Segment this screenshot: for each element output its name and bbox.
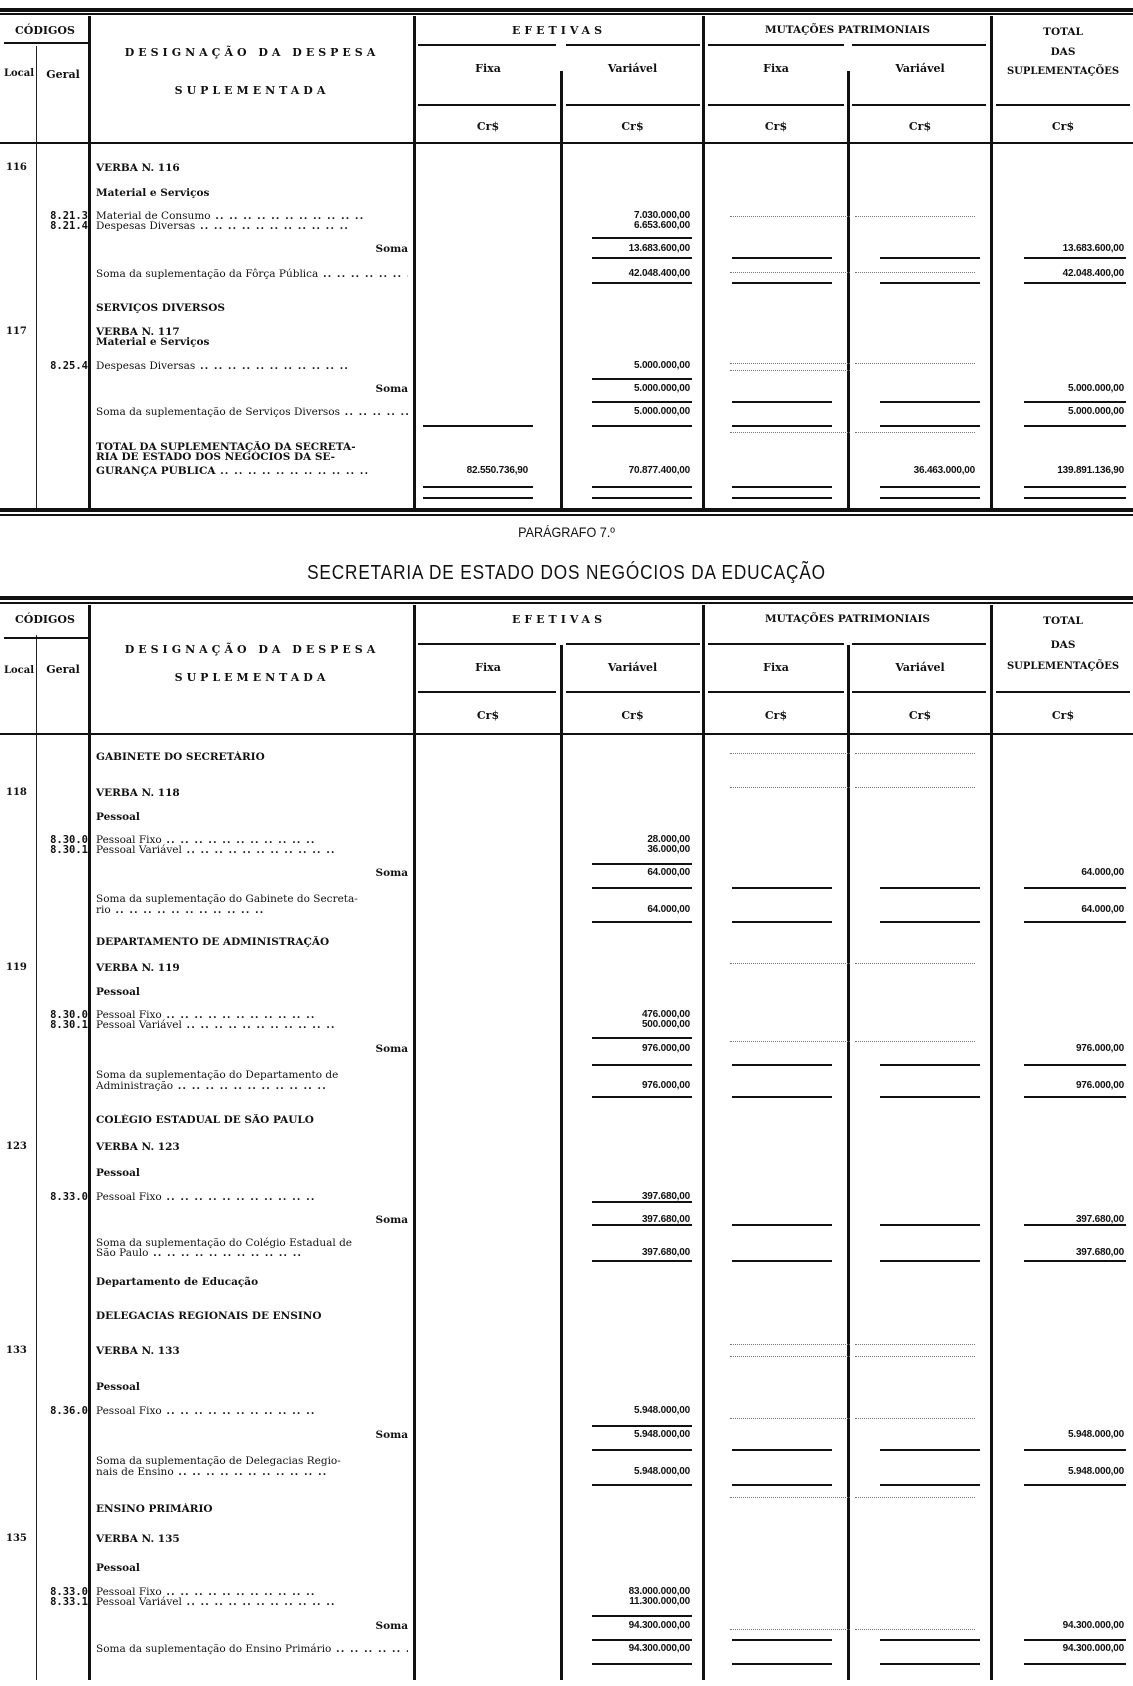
expense-description: Pessoal Variável .. .. .. .. .. .. .. ..… xyxy=(96,1019,408,1031)
header-rule xyxy=(418,44,556,46)
sum-rule xyxy=(1024,1096,1126,1098)
dotted-rule xyxy=(730,753,850,754)
header-currency: Cr$ xyxy=(993,120,1133,133)
efetivas-variavel-value: 36.000,00 xyxy=(566,844,690,856)
geral-code: 8.30.1 xyxy=(40,1019,88,1031)
header-designacao: DESIGNAÇÃO DA DESPESA xyxy=(92,643,412,656)
sum-rule xyxy=(732,1663,832,1665)
header-rule xyxy=(852,104,986,106)
table-row: Pessoal xyxy=(0,1562,1133,1574)
header-currency: Cr$ xyxy=(705,120,847,133)
sum-rule xyxy=(592,1260,692,1262)
sum-rule xyxy=(1024,1260,1126,1262)
geral-code: 8.21.4 xyxy=(40,220,88,232)
dotted-rule xyxy=(730,272,850,273)
expense-description: Soma da suplementação da Fôrça Pública .… xyxy=(96,268,408,280)
efetivas-variavel-value: 70.877.400,00 xyxy=(566,465,690,477)
sum-rule xyxy=(1024,1484,1126,1486)
table1-bottom-rule xyxy=(0,508,1133,512)
sum-rule xyxy=(880,921,980,923)
col-divider xyxy=(702,16,705,508)
col-divider xyxy=(88,16,91,508)
expense-description: SERVIÇOS DIVERSOS xyxy=(96,302,408,314)
dotted-rule xyxy=(855,963,975,964)
local-code: 118 xyxy=(6,787,36,799)
sum-rule xyxy=(1024,1663,1126,1665)
table-row: Material e Serviços xyxy=(0,336,1133,348)
sum-rule xyxy=(732,1096,832,1098)
expense-description: Pessoal xyxy=(96,1381,408,1393)
efetivas-fixa-value: 82.550.736,90 xyxy=(420,465,528,477)
leader-dots: .. .. .. .. .. .. .. .. .. .. .. xyxy=(215,465,369,477)
table-row: ENSINO PRIMÁRIO xyxy=(0,1503,1133,1515)
dotted-rule xyxy=(855,363,975,364)
table-row: DELEGACIAS REGIONAIS DE ENSINO xyxy=(0,1310,1133,1322)
header-currency: Cr$ xyxy=(416,709,560,722)
sum-rule xyxy=(732,1484,832,1486)
sum-rule xyxy=(592,486,692,488)
sum-rule xyxy=(423,497,533,499)
sum-rule xyxy=(880,497,980,499)
table1-top-rule xyxy=(0,8,1133,12)
table1-bottom-rule-thin xyxy=(0,514,1133,516)
sum-rule xyxy=(1024,1064,1126,1066)
dotted-rule xyxy=(730,432,850,433)
dotted-rule xyxy=(855,272,975,273)
header-rule xyxy=(852,643,986,645)
expense-description: Pessoal Fixo .. .. .. .. .. .. .. .. .. … xyxy=(96,1191,408,1203)
leader-dots: .. .. .. .. .. .. .. .. .. .. .. xyxy=(148,1247,302,1259)
sum-rule xyxy=(592,1201,692,1203)
header-currency: Cr$ xyxy=(993,709,1133,722)
table-row: Soma64.000,0064.000,00 xyxy=(0,867,1133,879)
paragraph-label: PARÁGRAFO 7.º xyxy=(57,524,1077,540)
dotted-rule xyxy=(855,1356,975,1357)
header-rule xyxy=(708,44,844,46)
header-mutacoes-variavel: Variável xyxy=(850,62,990,75)
expense-description: Despesas Diversas .. .. .. .. .. .. .. .… xyxy=(96,220,408,232)
table-row: Soma5.000.000,005.000.000,00 xyxy=(0,383,1133,395)
local-code: 135 xyxy=(6,1533,36,1545)
header-efetivas-fixa: Fixa xyxy=(416,661,560,674)
total-value: 5.000.000,00 xyxy=(990,383,1124,395)
dotted-rule xyxy=(730,1356,850,1357)
header-rule xyxy=(418,691,556,693)
expense-description: Departamento de Educação xyxy=(96,1276,408,1288)
sum-rule xyxy=(732,1224,832,1226)
table1-top-rule-thin xyxy=(0,13,1133,15)
total-value: 976.000,00 xyxy=(990,1043,1124,1055)
header-codigos: CÓDIGOS xyxy=(4,24,86,37)
mutacoes-variavel-value: 36.463.000,00 xyxy=(855,465,975,477)
leader-dots: .. .. .. .. .. .. .. .. .. .. .. xyxy=(182,844,336,856)
sum-rule xyxy=(880,1484,980,1486)
header-rule xyxy=(566,104,700,106)
header-mutacoes-fixa: Fixa xyxy=(705,62,847,75)
efetivas-variavel-value: 94.300.000,00 xyxy=(566,1620,690,1632)
sum-rule xyxy=(1024,257,1126,259)
leader-dots: .. .. .. .. .. .. .. .. .. .. .. xyxy=(173,1080,327,1092)
header-rule xyxy=(852,44,986,46)
table-row: Soma da suplementação do Ensino Primário… xyxy=(0,1643,1133,1655)
table-row: São Paulo .. .. .. .. .. .. .. .. .. .. … xyxy=(0,1247,1133,1259)
expense-description: Pessoal xyxy=(96,986,408,998)
efetivas-variavel-value: 64.000,00 xyxy=(566,904,690,916)
total-value: 139.891.136,90 xyxy=(990,465,1124,477)
geral-code: 8.36.0 xyxy=(40,1405,88,1417)
sum-rule xyxy=(880,1449,980,1451)
local-code: 116 xyxy=(6,162,36,174)
leader-dots: .. .. .. .. .. .. .. .. .. .. .. xyxy=(182,1019,336,1031)
sum-rule xyxy=(592,887,692,889)
expense-description: Soma xyxy=(96,243,408,255)
table-row: 116VERBA N. 116 xyxy=(0,162,1133,174)
header-currency: Cr$ xyxy=(563,120,702,133)
sum-rule xyxy=(1024,921,1126,923)
dotted-rule xyxy=(855,1629,975,1630)
sum-rule xyxy=(592,1639,692,1641)
sum-rule xyxy=(880,282,980,284)
sum-rule xyxy=(1024,425,1126,427)
sum-rule xyxy=(592,1224,692,1226)
leader-dots: .. .. .. .. .. .. .. .. .. .. .. xyxy=(340,406,408,418)
header-suplementacoes: SUPLEMENTAÇÕES xyxy=(993,66,1133,77)
table-row: 123VERBA N. 123 xyxy=(0,1141,1133,1153)
sum-rule xyxy=(592,1615,692,1617)
header-mutacoes-fixa: Fixa xyxy=(705,661,847,674)
leader-dots: .. .. .. .. .. .. .. .. .. .. .. xyxy=(111,904,265,916)
expense-description: GABINETE DO SECRETÁRIO xyxy=(96,751,408,763)
header-rule xyxy=(708,691,844,693)
expense-description: Soma xyxy=(96,1214,408,1226)
header-mutacoes: MUTAÇÕES PATRIMONIAIS xyxy=(705,613,990,625)
sum-rule xyxy=(732,486,832,488)
expense-description: Material e Serviços xyxy=(96,187,408,199)
header-rule xyxy=(4,42,88,44)
sum-rule xyxy=(592,1449,692,1451)
efetivas-variavel-value: 5.000.000,00 xyxy=(566,360,690,372)
header-rule xyxy=(4,637,88,639)
expense-description: Soma xyxy=(96,1043,408,1055)
expense-description: Soma xyxy=(96,867,408,879)
table-row: COLÉGIO ESTADUAL DE SÃO PAULO xyxy=(0,1114,1133,1126)
expense-description: Pessoal Variável .. .. .. .. .. .. .. ..… xyxy=(96,1596,408,1608)
table-row: DEPARTAMENTO DE ADMINISTRAÇÃO xyxy=(0,936,1133,948)
expense-description: DEPARTAMENTO DE ADMINISTRAÇÃO xyxy=(96,936,408,948)
sum-rule xyxy=(592,1096,692,1098)
dotted-rule xyxy=(730,363,850,364)
header-total: TOTAL xyxy=(993,615,1133,627)
leader-dots: .. .. .. .. .. .. .. .. .. .. .. xyxy=(331,1643,408,1655)
header-bottom-rule xyxy=(0,142,1133,144)
header-rule xyxy=(566,643,700,645)
sum-rule xyxy=(732,1449,832,1451)
sum-rule xyxy=(880,1224,980,1226)
expense-description: COLÉGIO ESTADUAL DE SÃO PAULO xyxy=(96,1114,408,1126)
table-row: Soma da suplementação da Fôrça Pública .… xyxy=(0,268,1133,280)
sum-rule xyxy=(732,425,832,427)
dotted-rule xyxy=(730,1041,850,1042)
sum-rule xyxy=(732,1639,832,1641)
sum-rule xyxy=(1024,1224,1126,1226)
sum-rule xyxy=(592,863,692,865)
total-value: 64.000,00 xyxy=(990,904,1124,916)
total-value: 5.948.000,00 xyxy=(990,1466,1124,1478)
geral-code: 8.25.4 xyxy=(40,360,88,372)
table-row: SERVIÇOS DIVERSOS xyxy=(0,302,1133,314)
dotted-rule xyxy=(730,963,850,964)
sum-rule xyxy=(732,1064,832,1066)
sum-rule xyxy=(880,1064,980,1066)
col-divider xyxy=(560,645,563,1680)
header-mutacoes-variavel: Variável xyxy=(850,661,990,674)
leader-dots: .. .. .. .. .. .. .. .. .. .. .. xyxy=(162,1191,316,1203)
expense-description: Pessoal Fixo .. .. .. .. .. .. .. .. .. … xyxy=(96,1405,408,1417)
table-row: Soma5.948.000,005.948.000,00 xyxy=(0,1429,1133,1441)
header-local: Local xyxy=(2,665,36,676)
expense-description: VERBA N. 118 xyxy=(96,787,408,799)
table-row: Soma13.683.600,0013.683.600,00 xyxy=(0,243,1133,255)
dotted-rule xyxy=(730,216,850,217)
header-suplementacoes: SUPLEMENTAÇÕES xyxy=(993,661,1133,672)
header-rule xyxy=(708,104,844,106)
expense-description: Despesas Diversas .. .. .. .. .. .. .. .… xyxy=(96,360,408,372)
table-row: 8.33.1Pessoal Variável .. .. .. .. .. ..… xyxy=(0,1596,1133,1608)
table-row: 118VERBA N. 118 xyxy=(0,787,1133,799)
dotted-rule xyxy=(730,1629,850,1630)
header-currency: Cr$ xyxy=(850,709,990,722)
header-rule xyxy=(418,104,556,106)
expense-description: rio .. .. .. .. .. .. .. .. .. .. .. xyxy=(96,904,408,916)
table-row: Material e Serviços xyxy=(0,187,1133,199)
efetivas-variavel-value: 64.000,00 xyxy=(566,867,690,879)
header-rule xyxy=(566,691,700,693)
expense-description: Soma xyxy=(96,1429,408,1441)
sum-rule xyxy=(592,1425,692,1427)
sum-rule xyxy=(423,486,533,488)
header-designacao: DESIGNAÇÃO DA DESPESA xyxy=(92,46,412,59)
header-local: Local xyxy=(2,68,36,79)
header-mutacoes: MUTAÇÕES PATRIMONIAIS xyxy=(705,24,990,36)
dotted-rule xyxy=(855,1041,975,1042)
expense-description: São Paulo .. .. .. .. .. .. .. .. .. .. … xyxy=(96,1247,408,1259)
sum-rule xyxy=(1024,401,1126,403)
table-seguranca-publica: CÓDIGOS Local Geral DESIGNAÇÃO DA DESPES… xyxy=(0,16,1133,508)
efetivas-variavel-value: 397.680,00 xyxy=(566,1247,690,1259)
sum-rule xyxy=(732,401,832,403)
header-efetivas-fixa: Fixa xyxy=(416,62,560,75)
table-row: 8.30.1Pessoal Variável .. .. .. .. .. ..… xyxy=(0,1019,1133,1031)
efetivas-variavel-value: 976.000,00 xyxy=(566,1043,690,1055)
sum-rule xyxy=(592,1064,692,1066)
header-rule xyxy=(418,643,556,645)
expense-description: Soma xyxy=(96,1620,408,1632)
expense-description: ENSINO PRIMÁRIO xyxy=(96,1503,408,1515)
table-row: GURANÇA PÚBLICA .. .. .. .. .. .. .. .. … xyxy=(0,465,1133,477)
sum-rule xyxy=(1024,887,1126,889)
sum-rule xyxy=(880,1663,980,1665)
table-row: Departamento de Educação xyxy=(0,1276,1133,1288)
header-codigos: CÓDIGOS xyxy=(4,613,86,626)
dotted-rule xyxy=(730,370,850,371)
table2-top-rule-thin xyxy=(0,602,1133,604)
dotted-rule xyxy=(855,787,975,788)
expense-description: VERBA N. 119 xyxy=(96,962,408,974)
table-row: Pessoal xyxy=(0,986,1133,998)
table-row: Soma976.000,00976.000,00 xyxy=(0,1043,1133,1055)
leader-dots: .. .. .. .. .. .. .. .. .. .. .. xyxy=(162,1405,316,1417)
sum-rule xyxy=(880,401,980,403)
efetivas-variavel-value: 5.000.000,00 xyxy=(566,383,690,395)
sum-rule xyxy=(732,887,832,889)
expense-description: Pessoal xyxy=(96,1562,408,1574)
efetivas-variavel-value: 500.000,00 xyxy=(566,1019,690,1031)
sum-rule xyxy=(1024,1639,1126,1641)
sum-rule xyxy=(1024,1449,1126,1451)
expense-description: Material e Serviços xyxy=(96,336,408,348)
header-rule xyxy=(566,44,700,46)
expense-description: VERBA N. 116 xyxy=(96,162,408,174)
table-row: Pessoal xyxy=(0,1167,1133,1179)
efetivas-variavel-value: 5.000.000,00 xyxy=(566,406,690,418)
sum-rule xyxy=(1024,282,1126,284)
total-value: 94.300.000,00 xyxy=(990,1620,1124,1632)
header-efetivas-variavel: Variável xyxy=(563,661,702,674)
expense-description: Administração .. .. .. .. .. .. .. .. ..… xyxy=(96,1080,408,1092)
sum-rule xyxy=(1024,497,1126,499)
sum-rule xyxy=(732,282,832,284)
sum-rule xyxy=(880,257,980,259)
sum-rule xyxy=(880,1260,980,1262)
sum-rule xyxy=(1024,486,1126,488)
dotted-rule xyxy=(855,753,975,754)
header-total-das: DAS xyxy=(993,46,1133,58)
header-suplementada: SUPLEMENTADA xyxy=(92,84,412,97)
table-row: 8.33.0Pessoal Fixo .. .. .. .. .. .. .. … xyxy=(0,1191,1133,1203)
total-value: 94.300.000,00 xyxy=(990,1643,1124,1655)
header-geral: Geral xyxy=(40,663,86,676)
sum-rule xyxy=(732,921,832,923)
total-value: 13.683.600,00 xyxy=(990,243,1124,255)
sum-rule xyxy=(592,497,692,499)
efetivas-variavel-value: 6.653.600,00 xyxy=(566,220,690,232)
col-divider xyxy=(847,645,850,1680)
header-rule xyxy=(708,643,844,645)
sum-rule xyxy=(880,1639,980,1641)
header-currency: Cr$ xyxy=(705,709,847,722)
header-bottom-rule xyxy=(0,733,1133,735)
dotted-rule xyxy=(855,216,975,217)
sum-rule xyxy=(732,257,832,259)
total-value: 64.000,00 xyxy=(990,867,1124,879)
expense-description: Pessoal Variável .. .. .. .. .. .. .. ..… xyxy=(96,844,408,856)
dotted-rule xyxy=(730,1344,850,1345)
efetivas-variavel-value: 42.048.400,00 xyxy=(566,268,690,280)
header-rule xyxy=(996,104,1130,106)
sum-rule xyxy=(592,425,692,427)
sum-rule xyxy=(880,486,980,488)
col-divider xyxy=(413,16,416,508)
dotted-rule xyxy=(855,1344,975,1345)
dotted-rule xyxy=(730,1418,850,1419)
header-efetivas: EFETIVAS xyxy=(416,24,702,37)
header-geral: Geral xyxy=(40,68,86,81)
table-row: RIA DE ESTADO DOS NEGÓCIOS DA SE- xyxy=(0,451,1133,463)
dotted-rule xyxy=(855,1497,975,1498)
header-suplementada: SUPLEMENTADA xyxy=(92,671,412,684)
leader-dots: .. .. .. .. .. .. .. .. .. .. .. xyxy=(318,268,408,280)
sum-rule xyxy=(592,401,692,403)
total-value: 397.680,00 xyxy=(990,1247,1124,1259)
expense-description: Pessoal xyxy=(96,811,408,823)
expense-description: RIA DE ESTADO DOS NEGÓCIOS DA SE- xyxy=(96,451,408,463)
dotted-rule xyxy=(730,787,850,788)
sum-rule xyxy=(880,425,980,427)
sum-rule xyxy=(880,1096,980,1098)
header-total-das: DAS xyxy=(993,639,1133,651)
col-divider xyxy=(990,16,993,508)
dotted-rule xyxy=(855,432,975,433)
table-row: Soma da suplementação de Serviços Divers… xyxy=(0,406,1133,418)
expense-description: DELEGACIAS REGIONAIS DE ENSINO xyxy=(96,1310,408,1322)
expense-description: nais de Ensino .. .. .. .. .. .. .. .. .… xyxy=(96,1466,408,1478)
header-efetivas: EFETIVAS xyxy=(416,613,702,626)
local-code: 119 xyxy=(6,962,36,974)
table-row: 8.30.1Pessoal Variável .. .. .. .. .. ..… xyxy=(0,844,1133,856)
table-row: Soma94.300.000,0094.300.000,00 xyxy=(0,1620,1133,1632)
header-currency: Cr$ xyxy=(563,709,702,722)
geral-code: 8.33.1 xyxy=(40,1596,88,1608)
efetivas-variavel-value: 976.000,00 xyxy=(566,1080,690,1092)
total-value: 976.000,00 xyxy=(990,1080,1124,1092)
efetivas-variavel-value: 13.683.600,00 xyxy=(566,243,690,255)
efetivas-variavel-value: 5.948.000,00 xyxy=(566,1429,690,1441)
table-row: Pessoal xyxy=(0,1381,1133,1393)
local-code: 133 xyxy=(6,1345,36,1357)
table-row: 8.36.0Pessoal Fixo .. .. .. .. .. .. .. … xyxy=(0,1405,1133,1417)
efetivas-variavel-value: 5.948.000,00 xyxy=(566,1405,690,1417)
leader-dots: .. .. .. .. .. .. .. .. .. .. .. xyxy=(174,1466,328,1478)
expense-description: Soma xyxy=(96,383,408,395)
sum-rule xyxy=(592,237,692,239)
expense-description: Soma da suplementação do Ensino Primário… xyxy=(96,1643,408,1655)
efetivas-variavel-value: 5.948.000,00 xyxy=(566,1466,690,1478)
efetivas-variavel-value: 11.300.000,00 xyxy=(566,1596,690,1608)
leader-dots: .. .. .. .. .. .. .. .. .. .. .. xyxy=(195,220,349,232)
leader-dots: .. .. .. .. .. .. .. .. .. .. .. xyxy=(182,1596,336,1608)
table-row: 8.21.4Despesas Diversas .. .. .. .. .. .… xyxy=(0,220,1133,232)
leader-dots: .. .. .. .. .. .. .. .. .. .. .. xyxy=(195,360,349,372)
sum-rule xyxy=(592,282,692,284)
local-code: 123 xyxy=(6,1141,36,1153)
header-total: TOTAL xyxy=(993,26,1133,38)
table2-top-rule xyxy=(0,596,1133,600)
dotted-rule xyxy=(730,1497,850,1498)
table-row: 8.25.4Despesas Diversas .. .. .. .. .. .… xyxy=(0,360,1133,372)
total-value: 5.948.000,00 xyxy=(990,1429,1124,1441)
table-row: 135VERBA N. 135 xyxy=(0,1533,1133,1545)
header-currency: Cr$ xyxy=(416,120,560,133)
sum-rule xyxy=(592,378,692,380)
header-rule xyxy=(996,691,1130,693)
header-rule xyxy=(852,691,986,693)
sum-rule xyxy=(732,1260,832,1262)
total-value: 42.048.400,00 xyxy=(990,268,1124,280)
sum-rule xyxy=(592,921,692,923)
expense-description: VERBA N. 135 xyxy=(96,1533,408,1545)
efetivas-variavel-value: 94.300.000,00 xyxy=(566,1643,690,1655)
expense-description: VERBA N. 123 xyxy=(96,1141,408,1153)
